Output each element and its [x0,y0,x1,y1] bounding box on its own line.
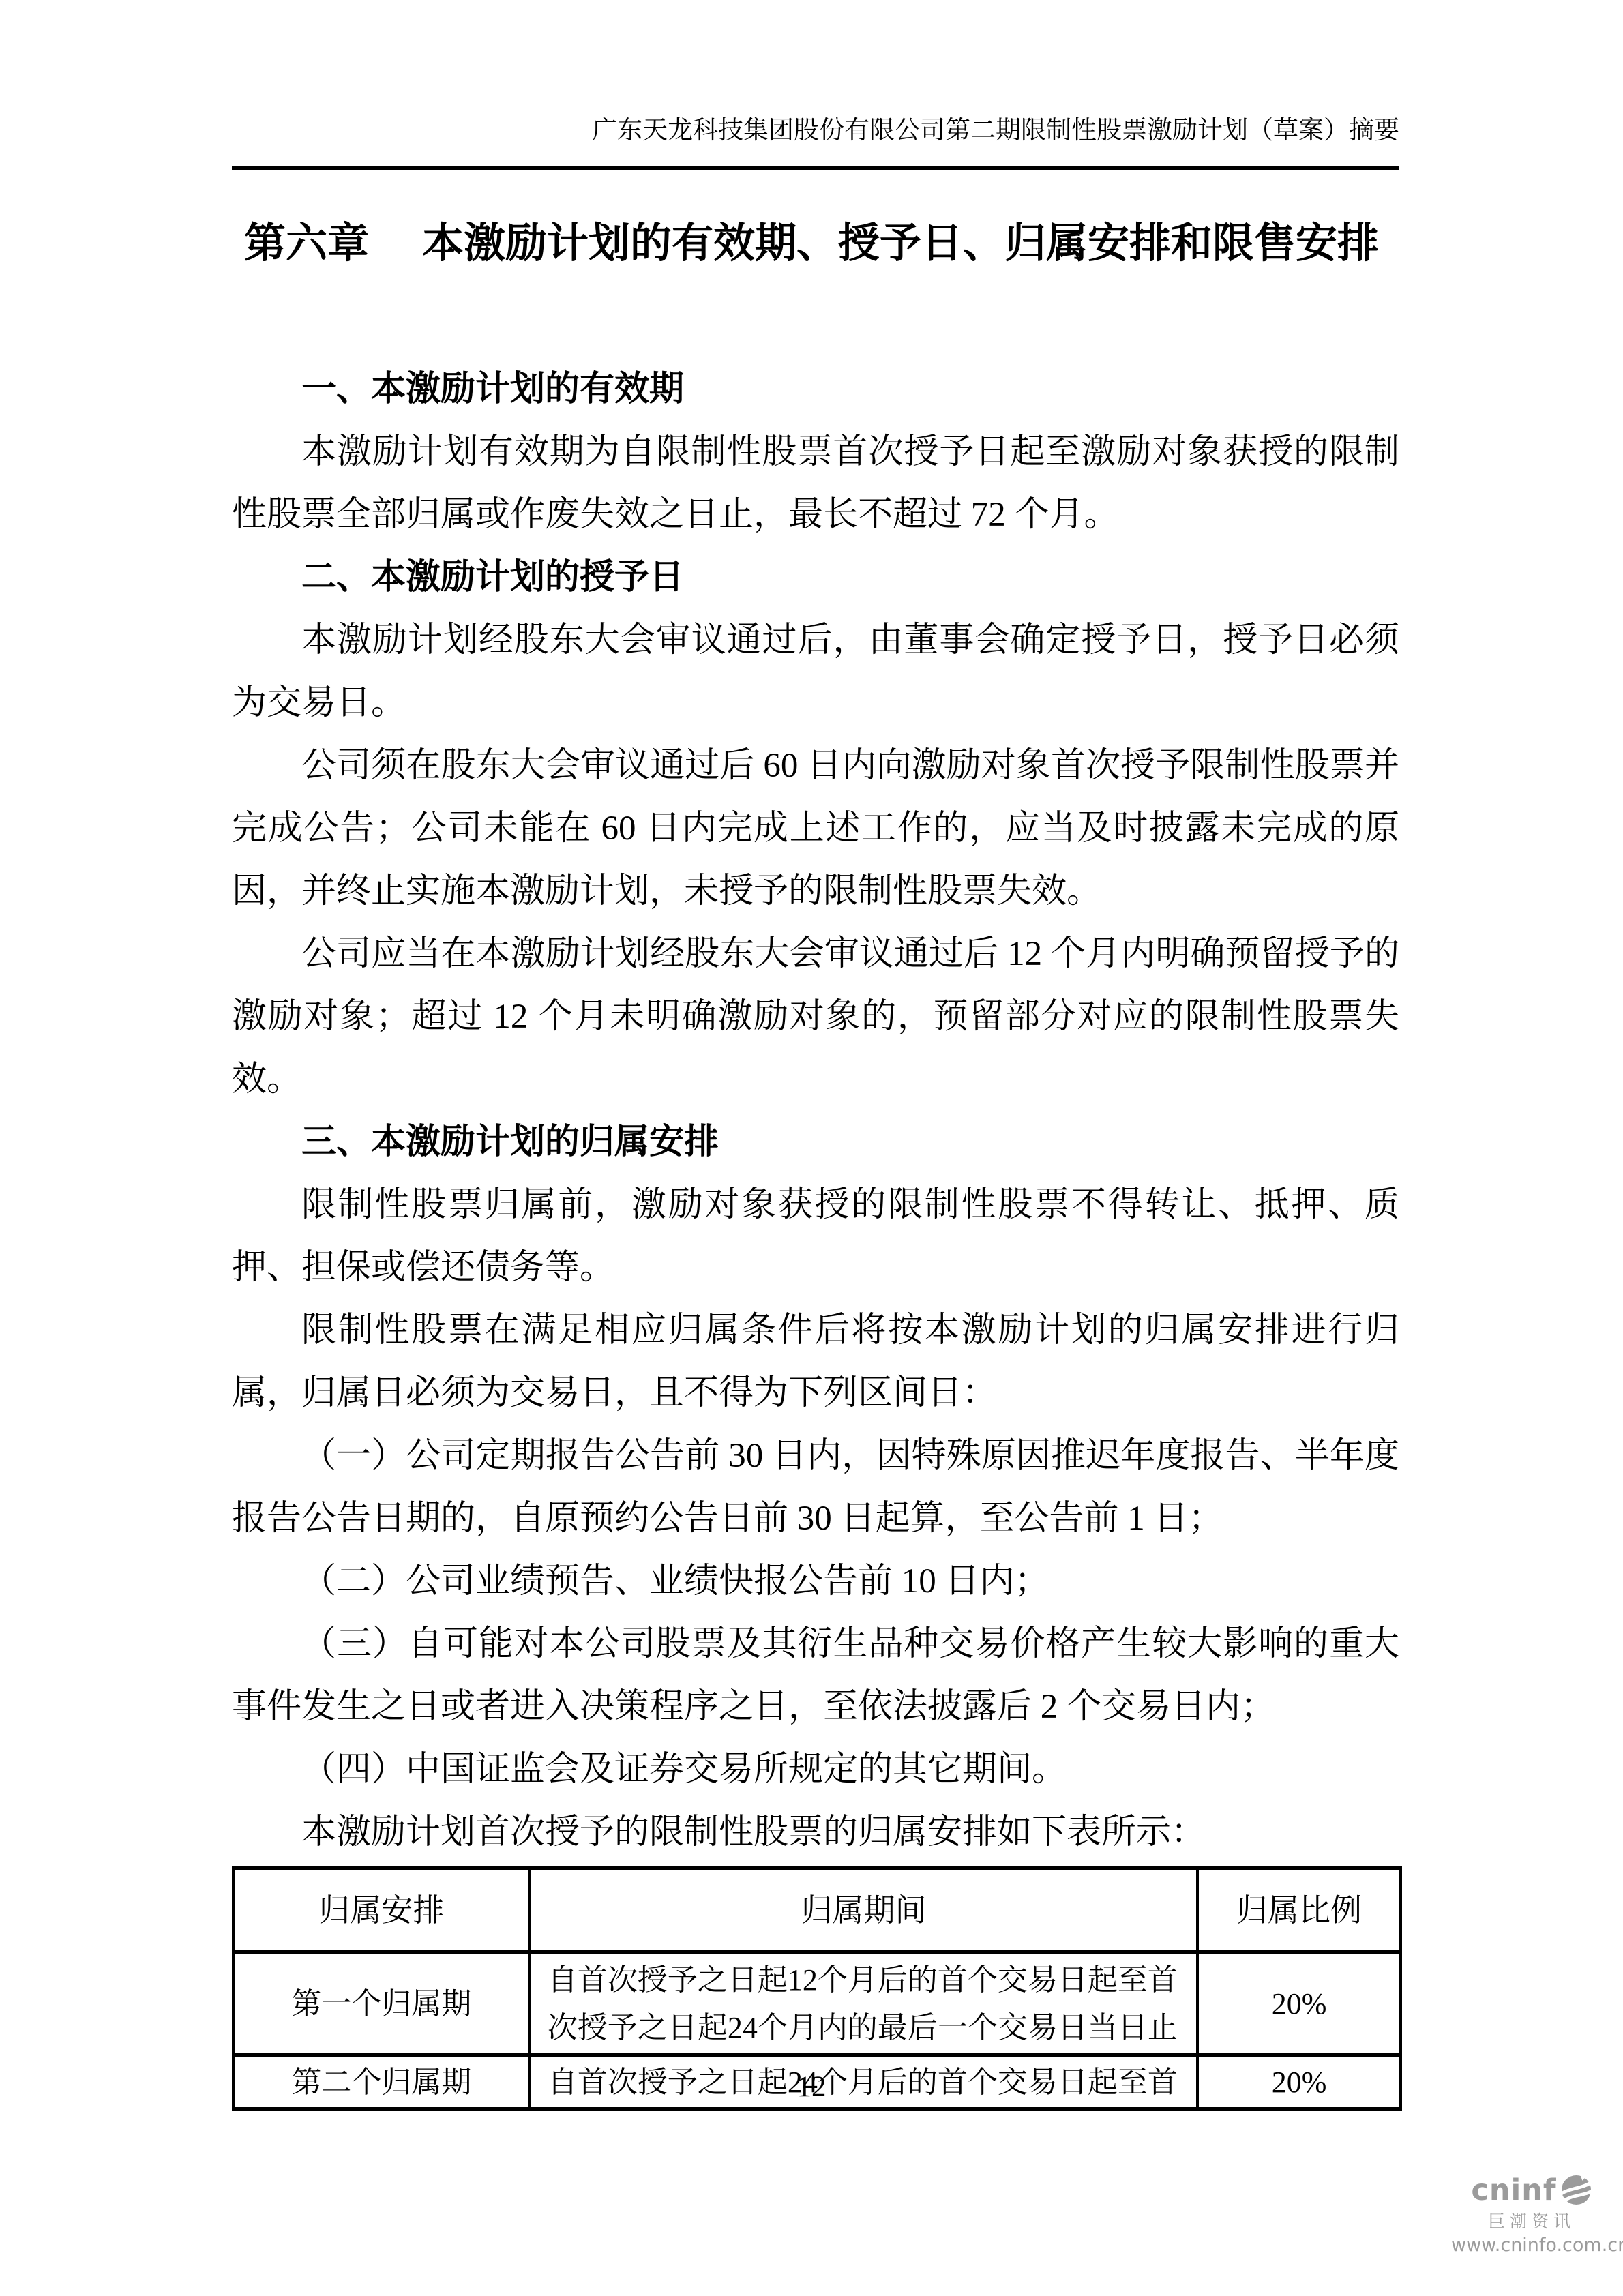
chapter-label: 第六章 [244,219,369,267]
paragraph: （一）公司定期报告公告前 30 日内，因特殊原因推迟年度报告、半年度报告公告日期… [232,1425,1399,1550]
cninfo-brand-text: cninf [1471,2175,1556,2206]
paragraph: （三）自可能对本公司股票及其衍生品种交易价格产生较大影响的重大事件发生之日或者进… [232,1613,1399,1738]
paragraph: （四）中国证监会及证券交易所规定的其它期间。 [232,1738,1399,1801]
paragraph: 本激励计划首次授予的限制性股票的归属安排如下表所示： [232,1801,1399,1864]
table-row: 第一个归属期 自首次授予之日起12个月后的首个交易日起至首次授予之日起24个月内… [233,1952,1401,2055]
paragraph: 限制性股票归属前，激励对象获授的限制性股票不得转让、抵押、质押、担保或偿还债务等… [232,1174,1399,1299]
page-number: 12 [0,2070,1623,2104]
table-header-row: 归属安排 归属期间 归属比例 [233,1868,1401,1952]
cell-arrangement: 第一个归属期 [233,1952,530,2055]
chapter-title-text: 本激励计划的有效期、授予日、归属安排和限售安排 [422,219,1379,267]
running-header: 广东天龙科技集团股份有限公司第二期限制性股票激励计划（草案）摘要 [232,115,1399,147]
chapter-title: 第六章本激励计划的有效期、授予日、归属安排和限售安排 [164,218,1459,269]
col-header-period: 归属期间 [530,1868,1197,1952]
section-heading-2: 二、本激励计划的授予日 [232,546,1399,609]
cninfo-url: www.cninfo.com.cn [1451,2235,1612,2256]
header-rule [232,166,1399,170]
section-heading-1: 一、本激励计划的有效期 [232,358,1399,421]
paragraph: 公司应当在本激励计划经股东大会审议通过后 12 个月内明确预留授予的激励对象；超… [232,923,1399,1111]
col-header-arrangement: 归属安排 [233,1868,530,1952]
col-header-ratio: 归属比例 [1197,1868,1401,1952]
cninfo-chinese-name: 巨潮资讯 [1451,2208,1612,2233]
cninfo-logo-top: cninf [1451,2174,1612,2206]
document-page: 广东天龙科技集团股份有限公司第二期限制性股票激励计划（草案）摘要 第六章本激励计… [0,0,1623,2296]
globe-swirl-icon [1560,2174,1592,2206]
paragraph: 限制性股票在满足相应归属条件后将按本激励计划的归属安排进行归属，归属日必须为交易… [232,1299,1399,1425]
cell-period: 自首次授予之日起12个月后的首个交易日起至首次授予之日起24个月内的最后一个交易… [530,1952,1197,2055]
cninfo-logo: cninf 巨潮资讯 www.cninfo.com.cn [1451,2174,1612,2256]
cell-ratio: 20% [1197,1952,1401,2055]
document-body: 一、本激励计划的有效期 本激励计划有效期为自限制性股票首次授予日起至激励对象获授… [232,358,1399,2111]
paragraph: （二）公司业绩预告、业绩快报公告前 10 日内； [232,1550,1399,1613]
section-heading-3: 三、本激励计划的归属安排 [232,1111,1399,1174]
paragraph: 公司须在股东大会审议通过后 60 日内向激励对象首次授予限制性股票并完成公告；公… [232,734,1399,923]
paragraph: 本激励计划经股东大会审议通过后，由董事会确定授予日，授予日必须为交易日。 [232,609,1399,734]
paragraph: 本激励计划有效期为自限制性股票首次授予日起至激励对象获授的限制性股票全部归属或作… [232,421,1399,546]
